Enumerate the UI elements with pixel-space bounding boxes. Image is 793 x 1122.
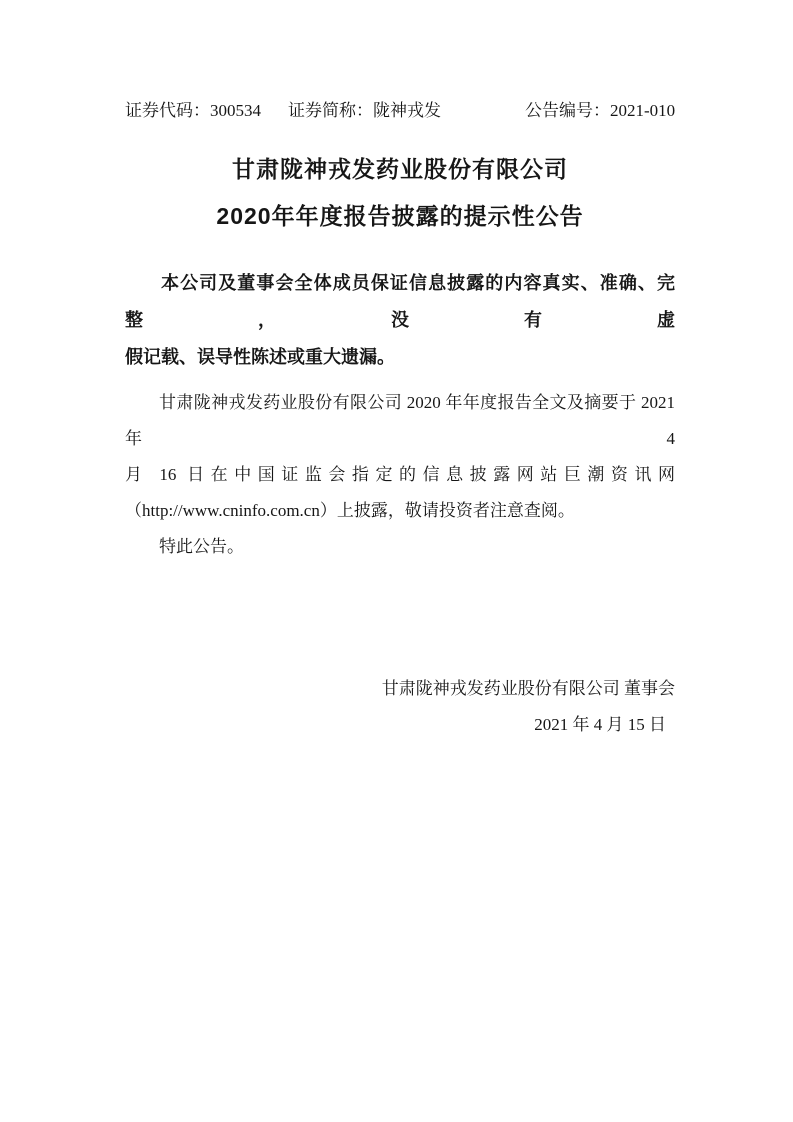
disclaimer-line-2: 假记载、误导性陈述或重大遗漏。 (125, 339, 675, 376)
disclaimer-statement: 本公司及董事会全体成员保证信息披露的内容真实、准确、完整，没有虚 假记载、误导性… (125, 265, 675, 376)
signature-entity: 甘肃陇神戎发药业股份有限公司 董事会 (125, 671, 675, 707)
signature-block: 甘肃陇神戎发药业股份有限公司 董事会 2021 年 4 月 15 日 (125, 671, 675, 743)
stock-name-label: 证券简称：陇神戎发 (288, 96, 441, 121)
body-line-2: 月 16 日在中国证监会指定的信息披露网站巨潮资讯网 (125, 457, 675, 493)
closing-line: 特此公告。 (125, 529, 675, 565)
signature-date: 2021 年 4 月 15 日 (125, 707, 675, 743)
announcement-title: 2020年年度报告披露的提示性公告 (125, 201, 675, 231)
securities-header-row: 证券代码：300534 证券简称：陇神戎发 公告编号：2021-010 (125, 96, 675, 118)
announcement-page: 证券代码：300534 证券简称：陇神戎发 公告编号：2021-010 甘肃陇神… (0, 0, 793, 1122)
disclaimer-line-1: 本公司及董事会全体成员保证信息披露的内容真实、准确、完整，没有虚 (125, 265, 675, 339)
body-line-3: （http://www.cninfo.com.cn）上披露，敬请投资者注意查阅。 (125, 493, 675, 529)
body-paragraph: 甘肃陇神戎发药业股份有限公司 2020 年年度报告全文及摘要于 2021 年 4… (125, 385, 675, 565)
page-content: 证券代码：300534 证券简称：陇神戎发 公告编号：2021-010 甘肃陇神… (125, 0, 675, 743)
body-line-1: 甘肃陇神戎发药业股份有限公司 2020 年年度报告全文及摘要于 2021 年 4 (125, 385, 675, 457)
company-title: 甘肃陇神戎发药业股份有限公司 (125, 154, 675, 184)
stock-code-label: 证券代码：300534 (125, 96, 261, 121)
announcement-no-label: 公告编号：2021-010 (525, 96, 675, 121)
